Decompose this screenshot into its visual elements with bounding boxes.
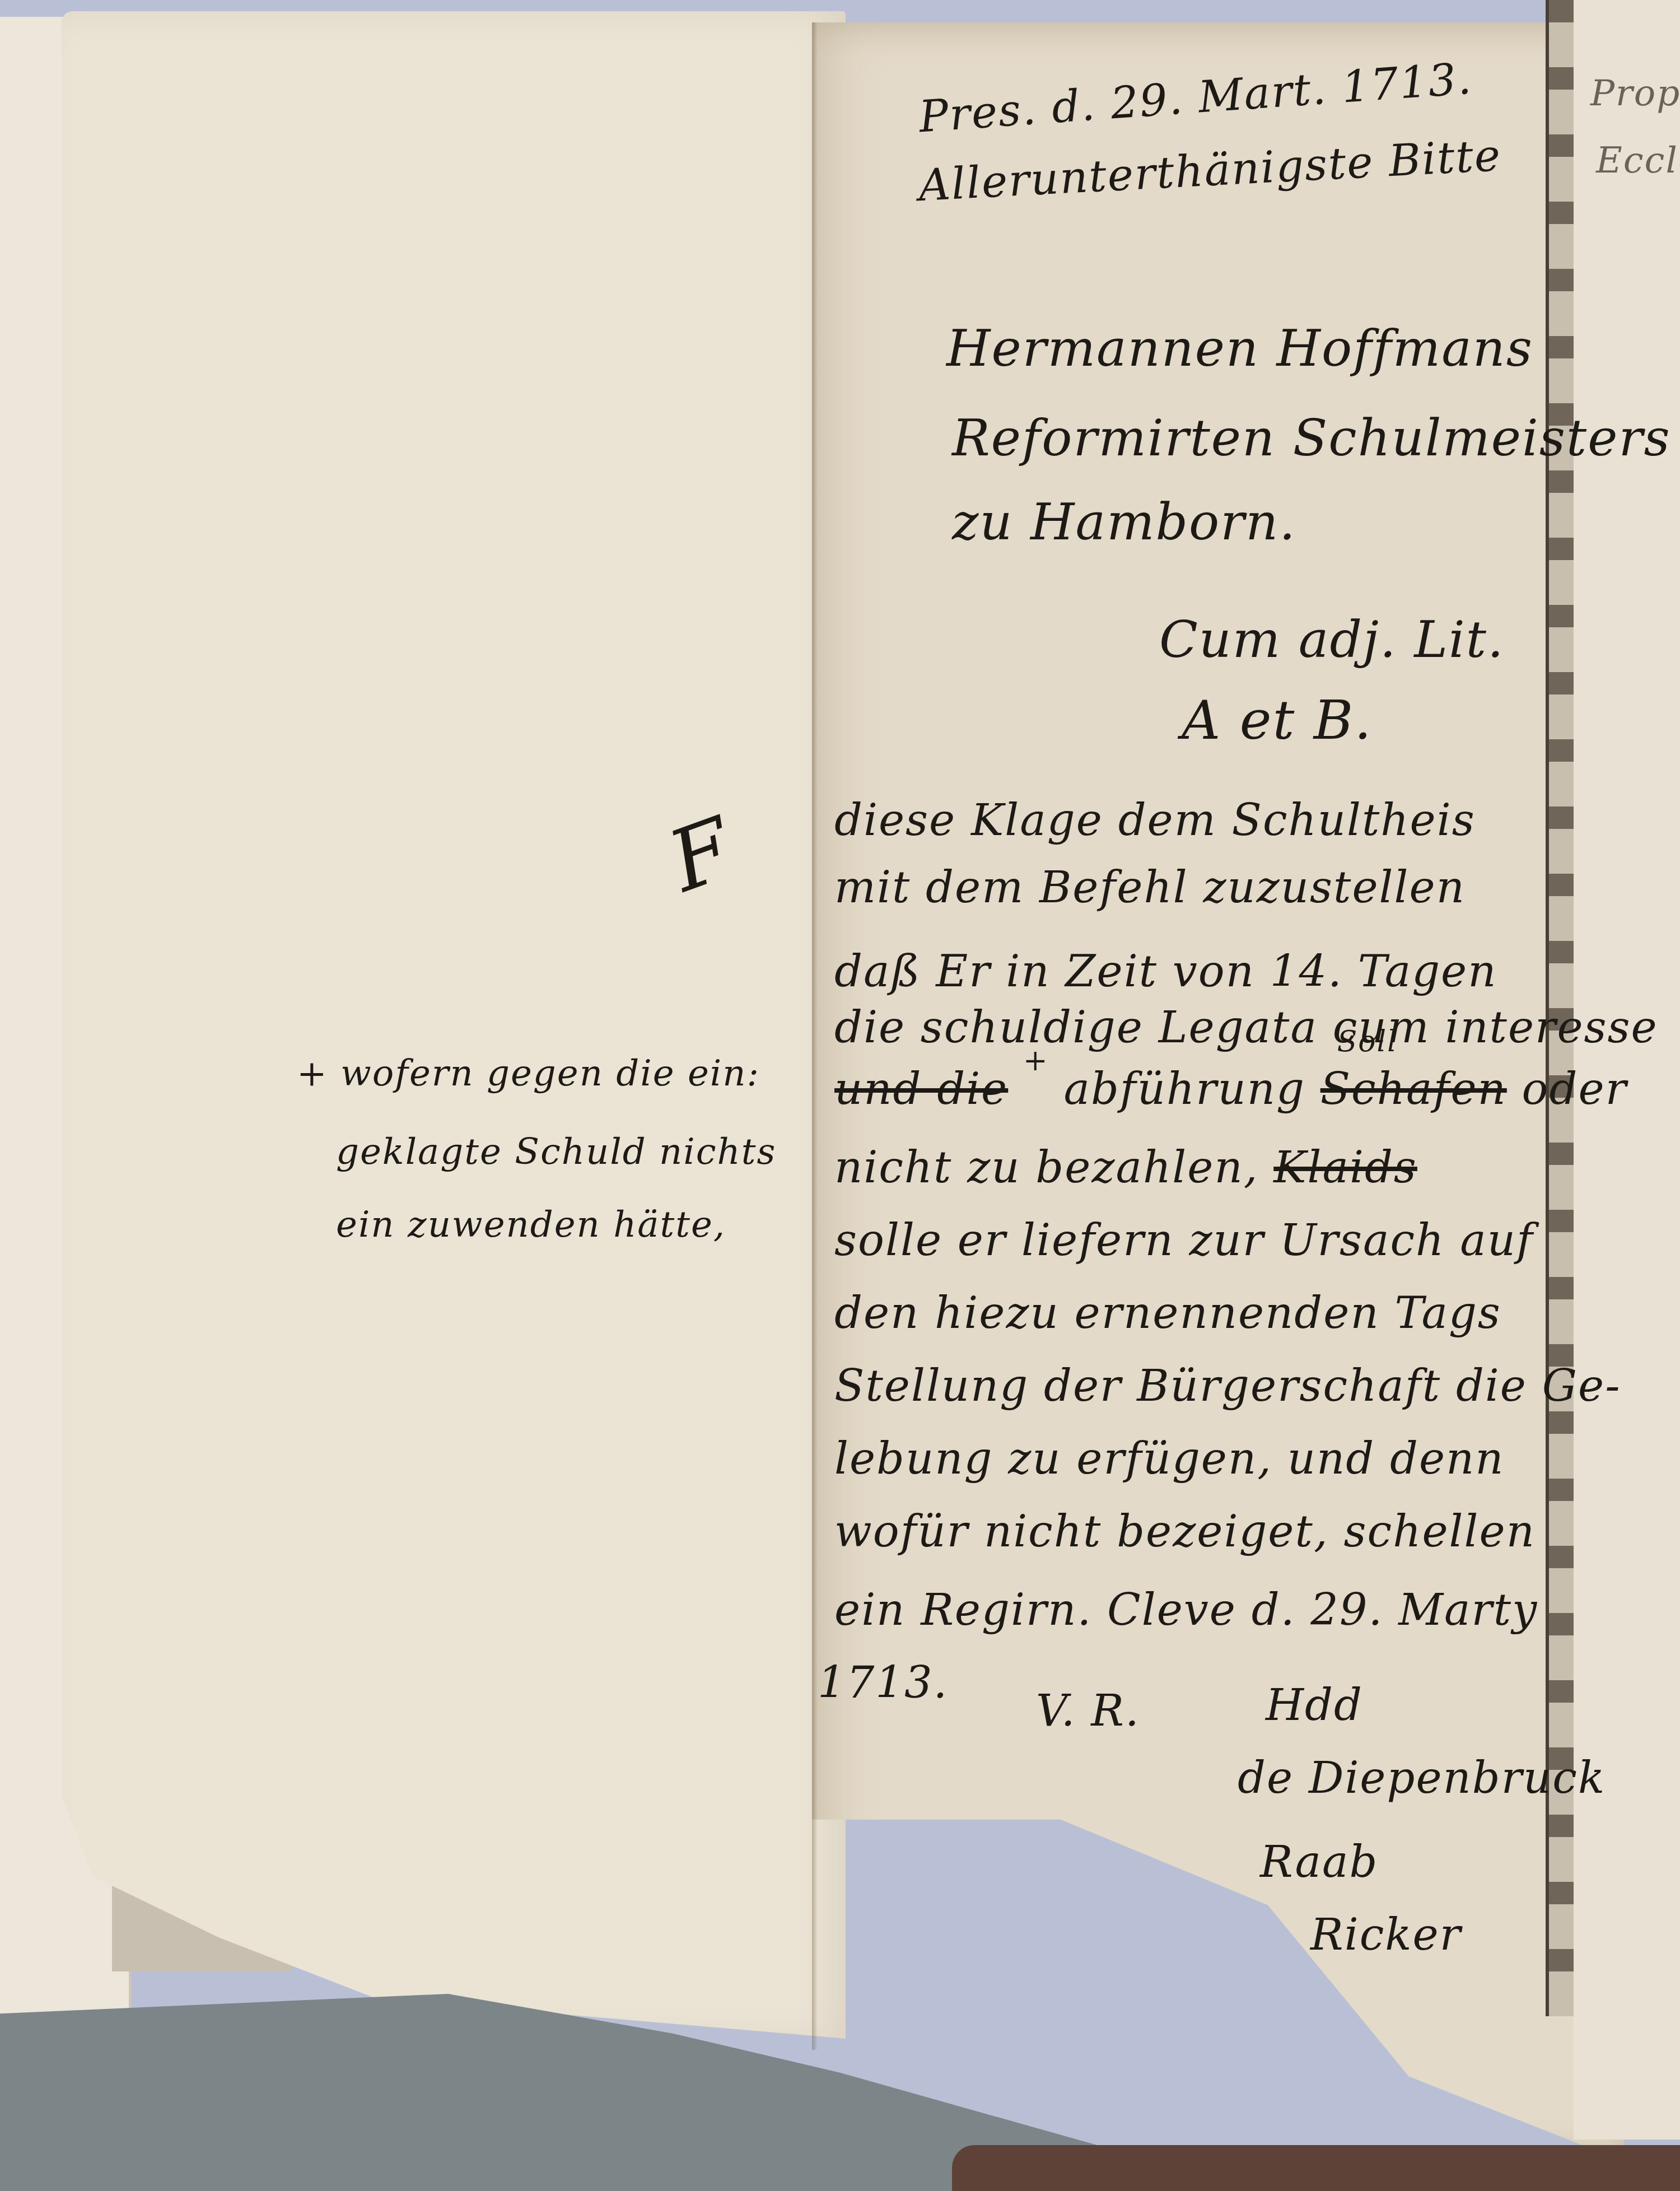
leather-cover-edge (952, 2145, 1680, 2191)
body-line-5: und die + abfüh­rung Soll Schafen oder (834, 1064, 1627, 1115)
body-line-9: Stellung der Bürgerschaft die Ge- (834, 1361, 1621, 1411)
grey-felt-support (0, 1994, 1120, 2191)
body-line-12: ein Regirn. Cleve d. 29. Marty (834, 1585, 1538, 1635)
struck-text: und die (834, 1064, 1008, 1115)
margin-note-line-3: ein zuwenden hätte, (336, 1204, 726, 1246)
adjacent-page-text-2: Eccle (1596, 140, 1680, 181)
signature-3: Raab (1260, 1837, 1378, 1887)
body-text: abfüh­rung (1063, 1064, 1305, 1115)
margin-insertion-marker: + (297, 1053, 328, 1094)
signature-initials: V. R. (1036, 1686, 1140, 1736)
margin-note-line-2: geklagte Schuld nichts (336, 1131, 776, 1173)
enclosure-line-1: Cum adj. Lit. (1159, 610, 1505, 669)
body-line-3: daß Er in Zeit von 14. Tagen (834, 947, 1497, 997)
adjacent-page-text-1: Propag (1590, 73, 1680, 114)
signature-4: Ricker (1310, 1910, 1462, 1960)
body-line-4: die schuldige Legata cum interesse (834, 1003, 1658, 1053)
body-text-end: oder (1522, 1064, 1627, 1115)
body-line-11: wofür nicht bezeiget, schellen (834, 1507, 1536, 1557)
signature-1: Hdd (1266, 1680, 1363, 1731)
margin-note-line-1: + wofern gegen die ein: (297, 1053, 760, 1094)
addressee-line-2: Reformirten Schulmeisters (952, 409, 1671, 468)
page-fold (812, 22, 818, 2050)
body-text: nicht zu bezahlen, (834, 1143, 1258, 1193)
body-line-13-year: 1713. (818, 1658, 948, 1708)
body-line-1: diese Klage dem Schultheis (834, 795, 1476, 846)
body-line-2: mit dem Befehl zuzustellen (834, 863, 1466, 913)
left-blank-leaf (62, 11, 846, 2039)
struck-text-2: Schafen (1320, 1064, 1507, 1115)
signature-2: de Diepenbruck (1238, 1753, 1606, 1803)
insertion-marker: + (1023, 1044, 1049, 1078)
body-line-7: solle er liefern zur Ursach auf (834, 1215, 1534, 1266)
addressee-line-1: Hermannen Hoffmans (946, 319, 1533, 378)
margin-text: wofern gegen die ein: (340, 1053, 760, 1094)
body-line-8: den hiezu ernennenden Tags (834, 1288, 1501, 1339)
inserted-word: Soll (1337, 1025, 1398, 1059)
addressee-line-3: zu Hamborn. (952, 493, 1296, 552)
body-line-6: nicht zu bezahlen, Klaids (834, 1143, 1417, 1193)
enclosure-line-2: A et B. (1182, 689, 1373, 752)
struck-text: Klaids (1273, 1143, 1417, 1193)
body-line-10: lebung zu erfügen, und denn (834, 1434, 1505, 1484)
